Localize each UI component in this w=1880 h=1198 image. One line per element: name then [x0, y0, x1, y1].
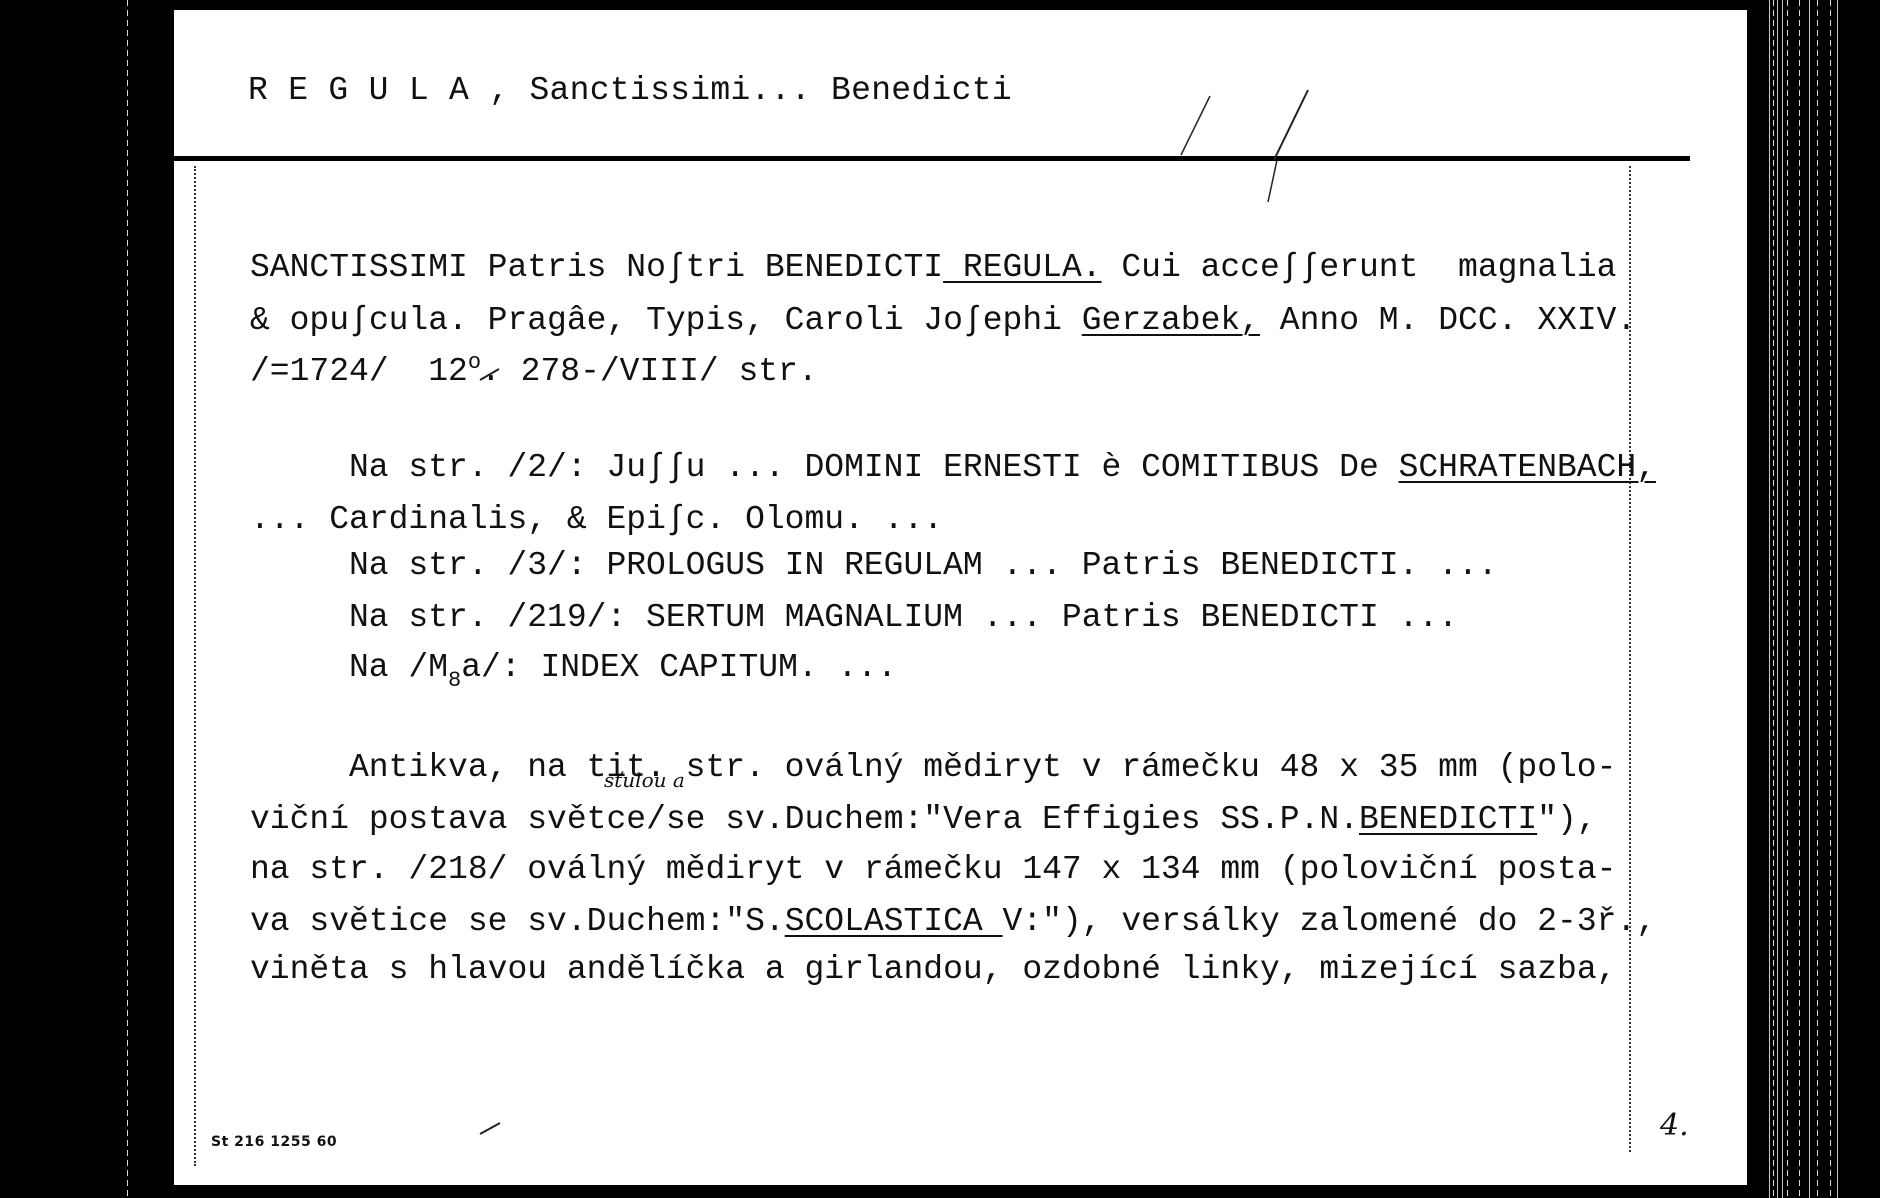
pencil-stroke — [174, 1110, 774, 1170]
scan-artifact-line — [127, 0, 128, 1198]
contents-line-p3: Na str. /3/: PROLOGUS IN REGULAM ... Pat… — [349, 546, 1498, 586]
contents-text: a/: INDEX CAPITUM. ... — [461, 649, 897, 686]
scan-artifact-line — [1817, 0, 1818, 1198]
description-text: V:"), versálky zalomené do 2-3ř., — [1003, 903, 1657, 940]
pencil-mark: 4. — [1660, 1108, 1689, 1143]
scan-artifact-line — [1799, 0, 1800, 1198]
scan-artifact-line — [1837, 0, 1838, 1198]
description-text: va světice se sv.Duchem:"S. — [250, 903, 785, 940]
contents-line-p2-cont: ... Cardinalis, & Epi∫c. Olomu. ... — [250, 500, 943, 540]
description-text: viční postava světce/se sv.Duchem:"Vera … — [250, 801, 1359, 838]
scan-artifact-line — [1809, 0, 1810, 1198]
scan-artifact-line — [1773, 0, 1774, 1198]
scan-artifact-line — [1830, 0, 1831, 1198]
description-line-1: Antikva, na tit. str. oválný mědiryt v r… — [349, 748, 1616, 788]
signature-subscript: 8 — [448, 668, 461, 693]
description-line-3: na str. /218/ oválný mědiryt v rámečku 1… — [250, 850, 1616, 890]
scan-artifact-line — [1787, 0, 1788, 1198]
contents-line-p2: Na str. /2/: Ju∫∫u ... DOMINI ERNESTI è … — [349, 448, 1656, 488]
underlined-name: SCOLASTICA — [785, 903, 1003, 940]
handwritten-annotation: sťulou a — [604, 768, 685, 792]
pencil-strokes — [174, 10, 1747, 410]
description-text: "), — [1537, 801, 1596, 838]
contents-text: Na str. /2/: Ju∫∫u ... DOMINI ERNESTI è … — [349, 449, 1399, 486]
description-line-2: viční postava světce/se sv.Duchem:"Vera … — [250, 800, 1597, 840]
description-line-4: va světice se sv.Duchem:"S.SCOLASTICA V:… — [250, 902, 1656, 942]
description-line-5: viněta s hlavou andělíčka a girlandou, o… — [250, 950, 1616, 990]
catalog-card: R E G U L A , Sanctissimi... Benedicti S… — [174, 10, 1747, 1185]
contents-line-index: Na /M8a/: INDEX CAPITUM. ... — [349, 648, 897, 691]
underlined-name: BENEDICTI — [1359, 801, 1537, 838]
scan-artifact-line — [1777, 0, 1778, 1198]
underlined-name: SCHRATENBACH, — [1399, 449, 1656, 486]
contents-text: Na /M — [349, 649, 448, 686]
scan-artifact-line — [1769, 0, 1770, 1198]
scan-artifact-line — [1782, 0, 1783, 1198]
contents-line-p219: Na str. /219/: SERTUM MAGNALIUM ... Patr… — [349, 598, 1458, 638]
